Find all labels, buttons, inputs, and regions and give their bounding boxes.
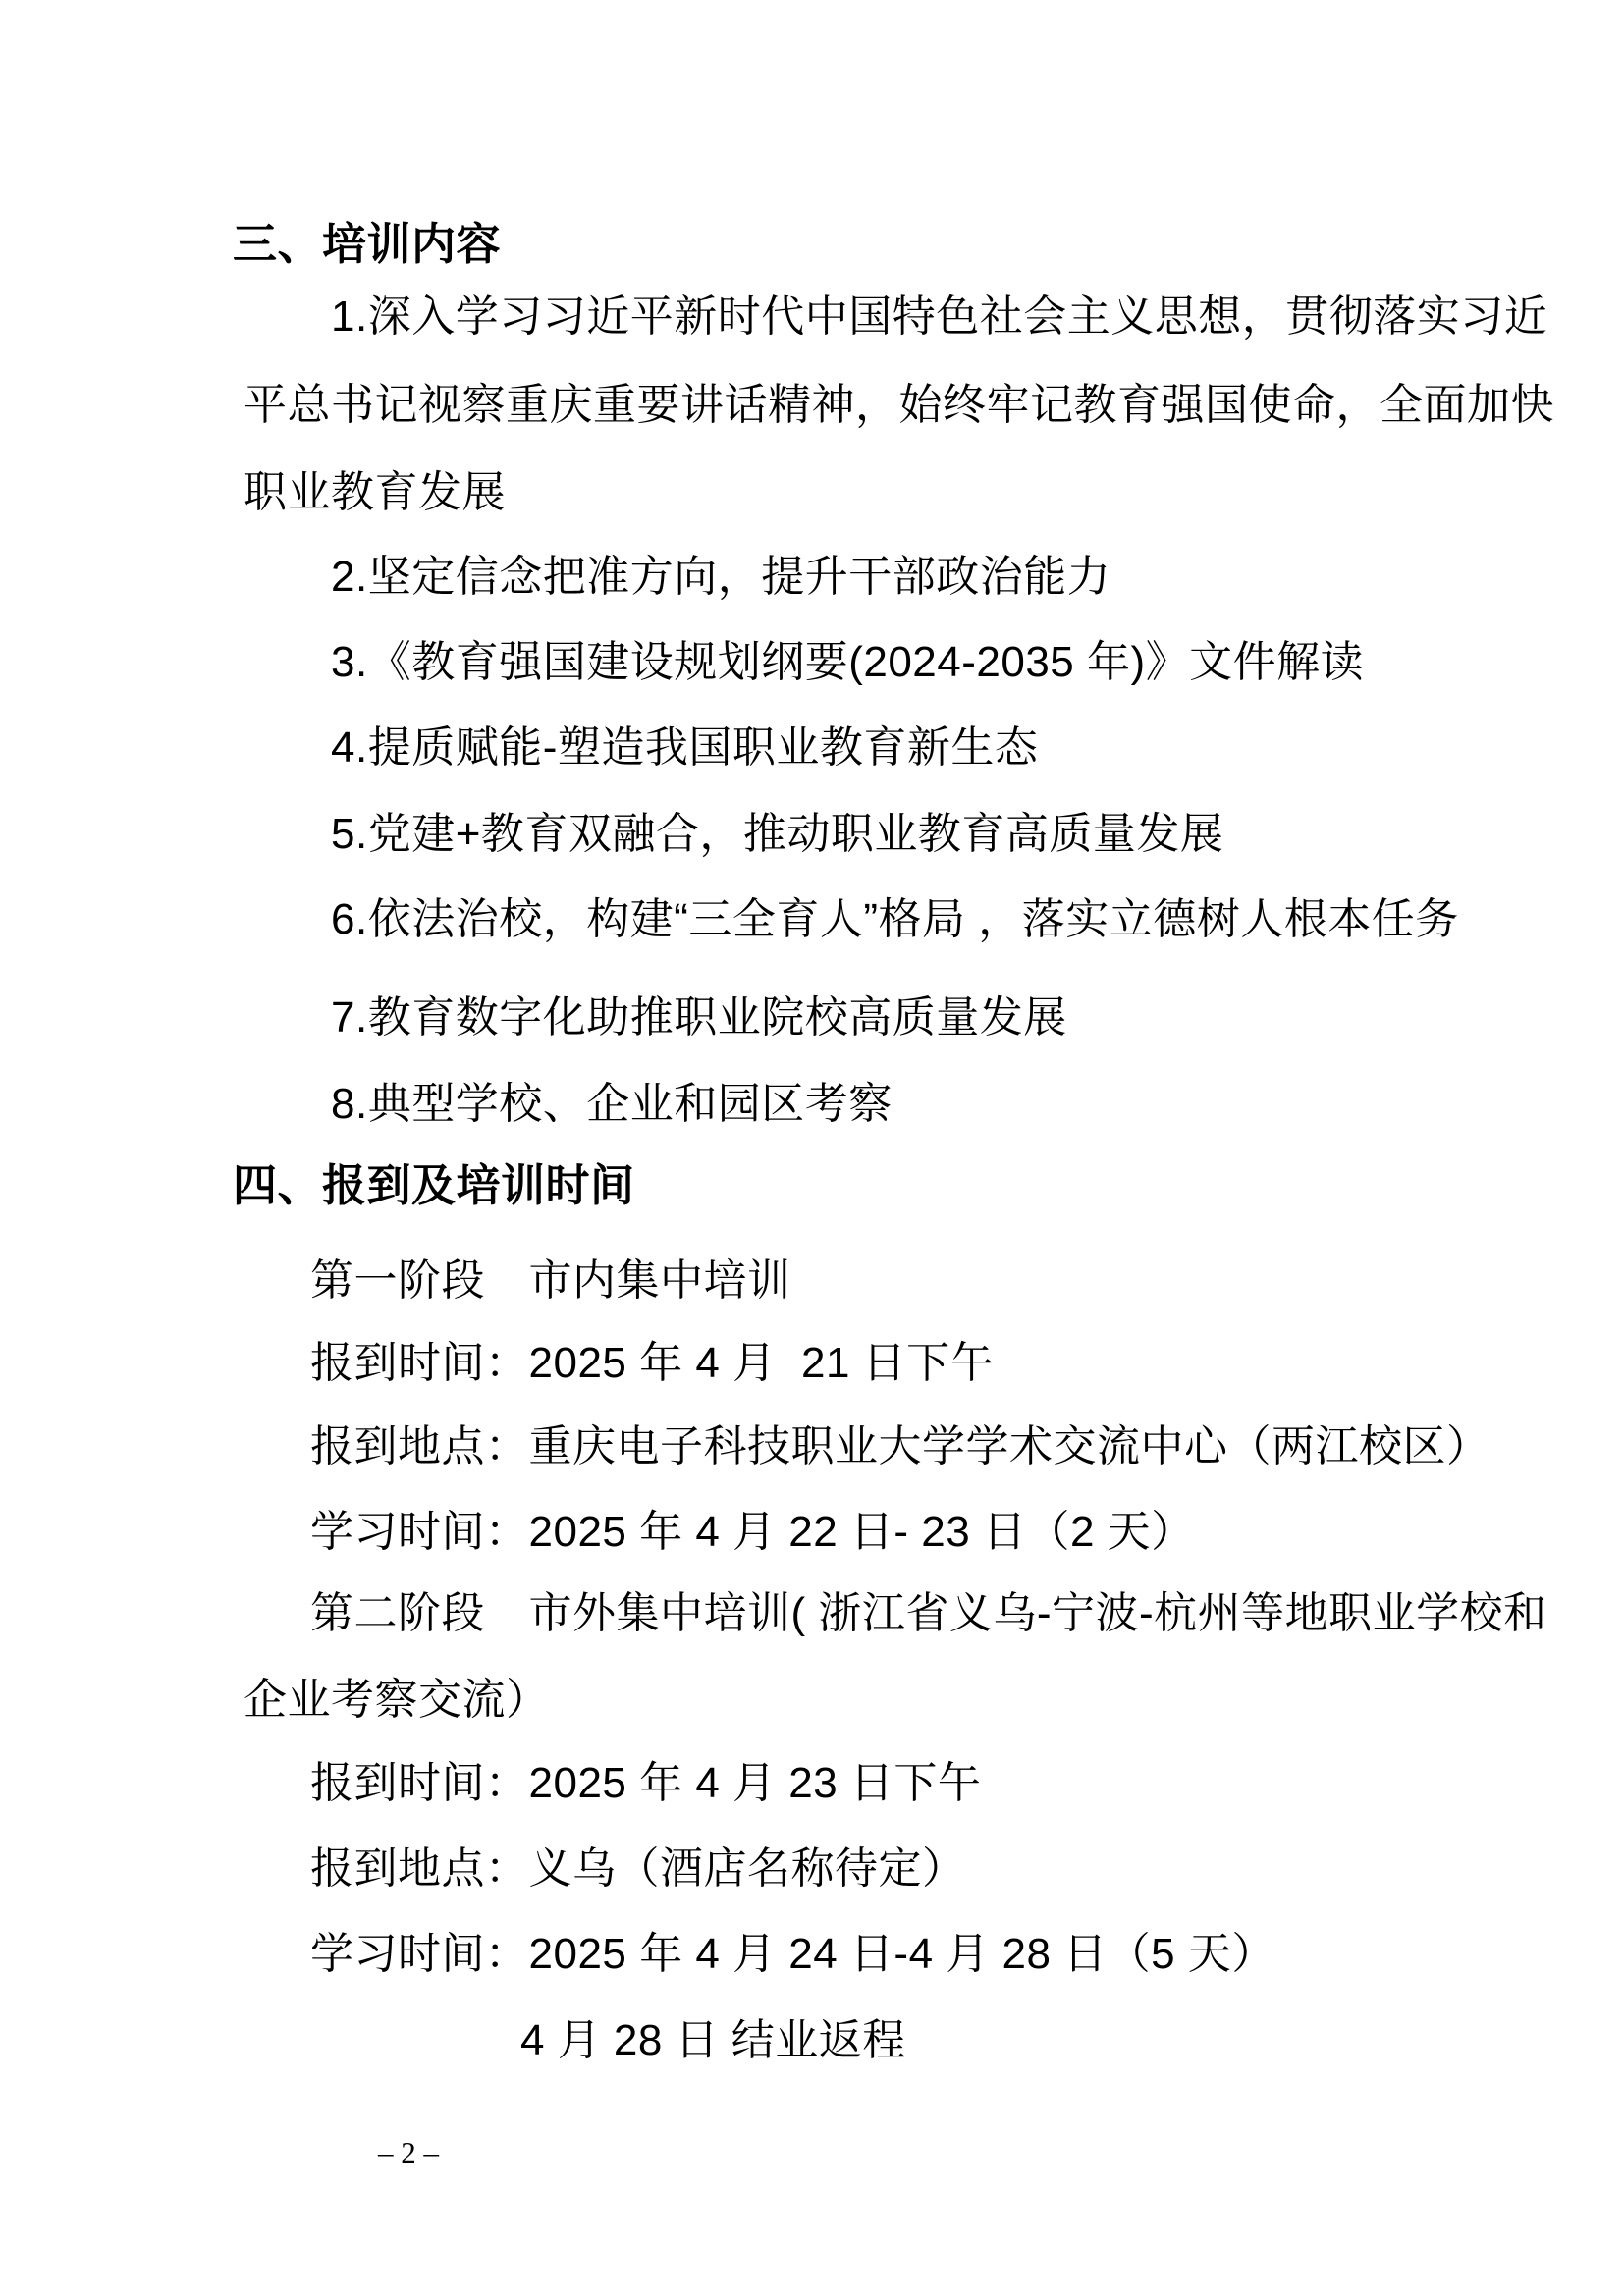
page-number: – 2 – [378, 2136, 439, 2169]
section-heading-registration-time: 四、报到及培训时间 [233, 1161, 635, 1210]
training-item-5: 5.党建+教育双融合，推动职业教育高质量发展 [331, 810, 1223, 859]
schedule-phase-1-title: 第一阶段 市内集中培训 [310, 1256, 791, 1306]
phase1-study-time: 学习时间：2025 年 4 月 22 日- 23 日（2 天） [310, 1508, 1195, 1557]
schedule-phase-2-title-line-1: 第二阶段 市外集中培训( 浙江省义乌-宁波-杭州等地职业学校和 [310, 1589, 1547, 1638]
phase2-checkin-place: 报到地点：义乌（酒店名称待定） [310, 1844, 966, 1894]
phase1-checkin-time: 报到时间：2025 年 4 月 21 日下午 [310, 1339, 994, 1388]
training-item-6: 6.依法治校，构建“三全育人”格局 ，落实立德树人根本任务 [331, 895, 1459, 944]
training-item-8: 8.典型学校、企业和园区考察 [331, 1080, 893, 1129]
phase2-checkin-time: 报到时间：2025 年 4 月 23 日下午 [310, 1759, 981, 1808]
phase2-study-time: 学习时间：2025 年 4 月 24 日-4 月 28 日（5 天） [310, 1930, 1275, 1979]
training-paragraph-line-3: 职业教育发展 [244, 468, 506, 517]
training-item-2: 2.坚定信念把准方向，提升干部政治能力 [331, 553, 1110, 602]
training-paragraph-line-2: 平总书记视察重庆重要讲话精神，始终牢记教育强国使命，全面加快 [244, 381, 1554, 430]
training-item-7: 7.教育数字化助推职业院校高质量发展 [331, 993, 1067, 1042]
phase2-return-date: 4 月 28 日 结业返程 [520, 2016, 906, 2065]
phase1-checkin-place: 报到地点：重庆电子科技职业大学学术交流中心（两江校区） [310, 1422, 1490, 1471]
section-heading-training-content: 三、培训内容 [233, 220, 501, 269]
document-page: 三、培训内容 1.深入学习习近平新时代中国特色社会主义思想，贯彻落实习近 平总书… [0, 0, 1624, 2296]
training-item-3: 3.《教育强国建设规划纲要(2024-2035 年)》文件解读 [331, 638, 1364, 687]
training-paragraph-line-1: 1.深入学习习近平新时代中国特色社会主义思想，贯彻落实习近 [331, 293, 1547, 342]
training-item-4: 4.提质赋能-塑造我国职业教育新生态 [331, 723, 1038, 773]
schedule-phase-2-title-line-2: 企业考察交流） [244, 1676, 550, 1725]
